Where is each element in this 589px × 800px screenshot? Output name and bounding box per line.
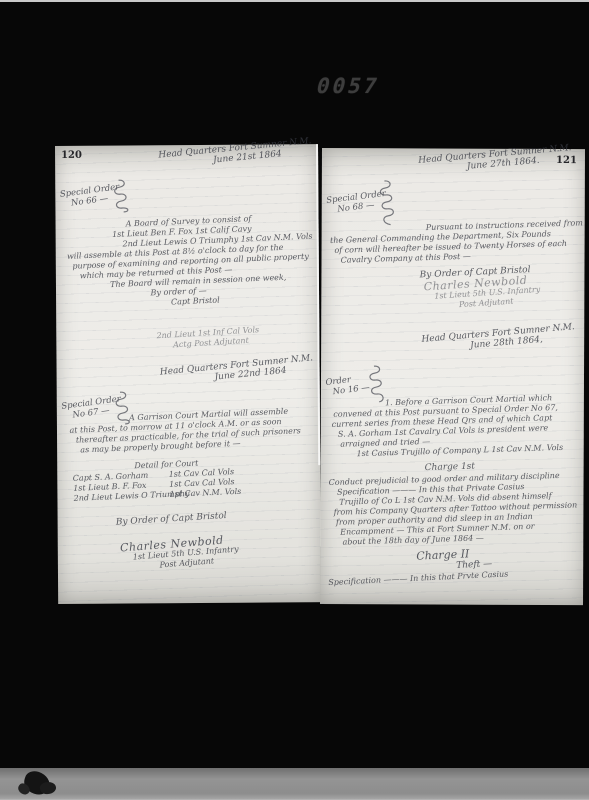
by-order-line: By Order of Capt Bristol	[116, 511, 227, 528]
bracket-flourish-icon	[376, 178, 398, 231]
adjutant-signature-so67: Charles Newbold 1st Lieut 5th U.S. Infan…	[120, 534, 240, 573]
entry-heading: Head Quarters Fort Sumner N.M. June 28th…	[403, 322, 579, 356]
order-body-so68: Pursuant to instructions received from t…	[330, 218, 584, 266]
bracket-flourish-icon	[110, 177, 131, 218]
ledger-page-left: 120 Head Quarters Fort Sumner N.M. June …	[55, 144, 321, 604]
order-label-so68: Special Order No 68 —	[326, 189, 388, 216]
charge1-specification: Conduct prejudicial to good order and mi…	[329, 470, 579, 548]
ledger-page-right: 121 Head Quarters Fort Sumner N.M. June …	[320, 148, 585, 605]
page-number-left: 120	[61, 150, 82, 161]
film-frame-number: 0057	[314, 74, 383, 98]
order-body-no16: 1. Before a Garrison Court Martial which…	[329, 393, 563, 462]
entry-heading: Head Quarters Fort Sumner N.M. June 27th…	[400, 143, 576, 177]
officer-unit: 1st Cav N.M. Vols	[169, 487, 241, 499]
film-edge-line	[0, 0, 589, 2]
ledger-book: 120 Head Quarters Fort Sumner N.M. June …	[55, 145, 585, 607]
entry-heading: Head Quarters Fort Sumner N.M. June 22nd…	[142, 353, 318, 389]
order-body-so67: A Garrison Court Martial will assemble a…	[69, 406, 302, 456]
scanned-ledger-photo: { "scan": { "frame_number": "0057" }, "l…	[0, 0, 589, 800]
adjutant-signature-so68: Charles Newbold 1st Lieut 5th U.S. Infan…	[423, 275, 541, 313]
order-label-so66: Special Order No 66 —	[59, 182, 121, 210]
order-label-no16: Order No 16 —	[325, 373, 370, 398]
scanner-bed-strip	[0, 768, 589, 800]
order-body-so66: A Board of Survey to consist of 1st Lieu…	[66, 212, 316, 312]
adjutant-signature-so66: 2nd Lieut 1st Inf Cal Vols Actg Post Adj…	[156, 325, 260, 351]
entry-heading: Head Quarters Fort Sumner N.M. June 21st…	[140, 136, 316, 172]
court-detail: Detail for Court Capt S. A. Gorham1st Ca…	[72, 457, 241, 504]
